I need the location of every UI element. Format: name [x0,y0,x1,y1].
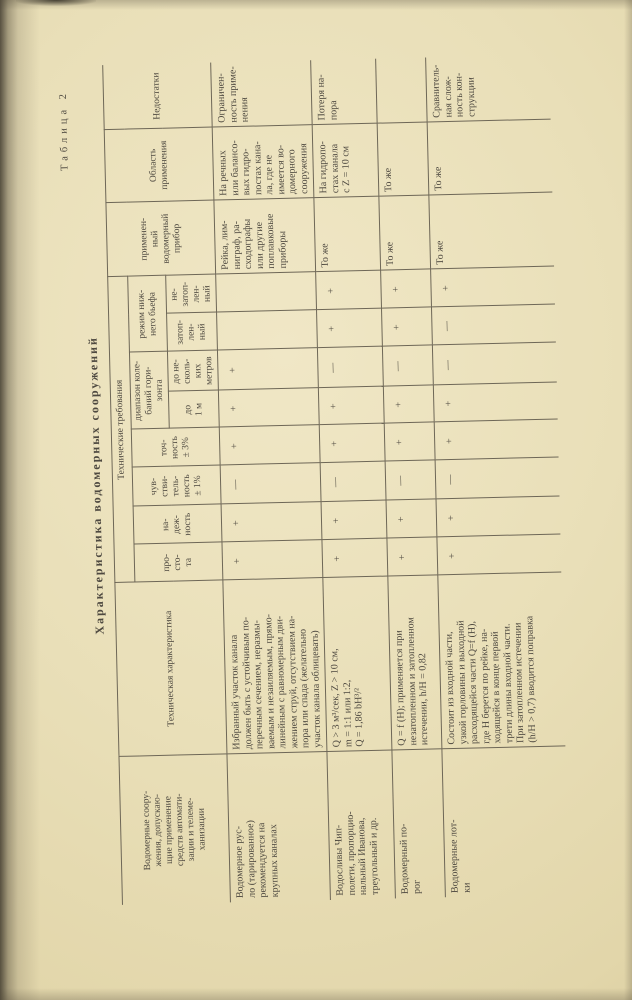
cell-name: Водомерное рус- ло (тарированное) рекоме… [227,752,330,902]
col-header-reliability: на- деж- ность [133,504,222,544]
mark-free-flow: + [381,269,432,308]
col-header-structures: Водомерные соору- жения, допускаю- щие п… [119,754,230,905]
cell-device: То же [429,193,554,270]
col-header-range-1m: до 1 м [168,390,219,428]
col-header-free-flow: не- затоп- лен- ный [166,275,217,314]
mark-range-1m: + [383,385,434,423]
table-row: Водомерное рус- ло (тарированное) рекоме… [211,60,331,902]
cell-name: Водомерные лот- ки [442,746,568,897]
mark-simplicity: + [322,539,388,579]
col-group-tailwater-regime: режим ниж- него бьефа [128,276,168,353]
mark-accuracy: + [434,420,558,461]
mark-accuracy: + [319,424,385,464]
cell-drawbacks: Ограничен- ность приме- нения [211,60,313,127]
cell-device: Рейка, лим- ниграф, ра- сходографы или д… [214,198,316,274]
cell-characteristic: Избранный участок канала должен быть с у… [223,578,327,754]
mark-simplicity: + [437,534,561,575]
col-header-range-several-m: до не- сколь- ких метров [167,350,218,391]
cell-characteristic: Состоит из входной части, узкой горловин… [438,572,565,749]
col-header-characteristic: Техническая характеристика [115,580,227,756]
mark-simplicity: + [387,537,438,576]
mark-range-1m: + [433,383,557,423]
mark-free-flow: + [316,271,382,311]
col-header-submerged: затоп- лен- ный [167,313,218,352]
col-header-sensitivity: чув- стви- тель- ность ± 1% [132,465,221,506]
mark-free-flow: + [431,267,555,308]
cell-drawbacks: Сравнитель- ная слож- ность кон- струкци… [426,55,550,123]
page-right-edge-shadow [624,0,632,1000]
mark-accuracy: + [384,422,435,461]
page-gutter-shadow [0,0,40,1000]
cell-characteristic: Q > 3 м³/сек, Z > 10 см, m = 1:1 или 1:2… [323,577,392,752]
col-header-device: применен- ный водомерный прибор [106,201,216,278]
mark-accuracy: + [219,425,320,465]
mark-sensitivity: — [385,460,436,500]
cell-drawbacks: Потеря на- пора [311,59,378,126]
mark-submerged [217,310,318,350]
mark-free-flow [216,272,317,312]
col-header-simplicity: про- сто- та [134,542,223,582]
mark-range-1m: + [218,388,319,427]
col-header-drawbacks: Недостатки [103,63,213,131]
mark-submerged: + [382,307,433,346]
mark-reliability: + [321,501,387,541]
water-structures-table: Водомерные соору- жения, допускаю- щие п… [102,55,568,905]
cell-device: То же [379,195,431,270]
cell-application: На гидропо- стах канала с Z = 10 см [312,124,379,199]
mark-range-several-m: — [317,347,383,389]
cell-drawbacks [376,58,428,124]
mark-reliability: + [221,502,322,542]
cell-application: То же [427,120,552,196]
cell-name: Водомерный по- рог [392,749,445,898]
book-page: Таблица 2 Характеристика водомерных соор… [0,0,632,1000]
table-number-label: Таблица 2 [58,90,71,171]
cell-characteristic: Q = f (H); применяется при незатопленном… [388,575,442,750]
mark-sensitivity: — [320,462,386,503]
mark-submerged: — [431,305,555,346]
mark-reliability: + [436,496,560,537]
mark-reliability: + [386,499,437,538]
rotated-table-sheet: Таблица 2 Характеристика водомерных соор… [55,55,572,906]
col-header-accuracy: точ- ность ± 3% [131,427,220,467]
mark-range-several-m: — [382,345,433,386]
mark-submerged: + [317,309,383,349]
col-group-level-range: диапазон коле- баний гори- зонта [129,352,169,430]
mark-sensitivity: — [435,457,559,499]
cell-name: Водосливы Чип- полети, пропорцио- нальны… [327,750,395,899]
mark-sensitivity: — [220,463,321,504]
table-row: Водомерные лот- ки Состоит из входной ча… [426,55,569,898]
cell-device: То же [314,197,381,273]
cell-application: То же [377,122,429,196]
mark-range-several-m: + [217,348,318,390]
mark-simplicity: + [222,540,323,580]
page-bottom-edge-shadow [0,988,632,1000]
page-top-smudge [16,0,96,7]
col-header-application: Область применения [104,128,214,204]
mark-range-several-m: — [432,343,556,386]
cell-application: На речных или балансо- вых гидро- постах… [212,125,314,200]
mark-range-1m: + [318,387,384,426]
